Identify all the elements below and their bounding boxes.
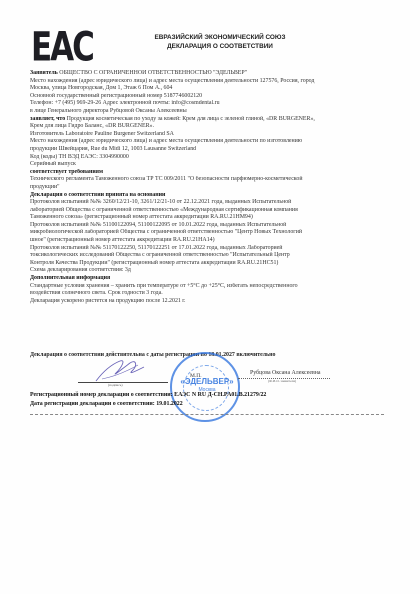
basis-line: шное" (регистрационный номер аттестата а…	[30, 237, 395, 245]
registration-date-label: Дата регистрации декларации о соответств…	[30, 401, 155, 407]
signature-caption: (подпись)	[108, 383, 123, 387]
basis-line: Схема декларирования соответствия: 3д	[30, 267, 395, 275]
additional-label: Дополнительная	[30, 275, 75, 281]
compliance-regulation-2: продукции"	[30, 184, 395, 192]
header-union-title: ЕВРАЗИЙСКИЙ ЭКОНОМИЧЕСКИЙ СОЮЗ	[120, 33, 320, 42]
applicant-address-2: Москва, улица Новгородская, Дом 1, Этаж …	[30, 85, 395, 93]
basis-line: Таможенного союза» (регистрационный номе…	[30, 214, 395, 222]
basis-label: Декларация о соответствии	[30, 192, 104, 198]
stamp-company-name: «ЭДЕЛЬВЕР»	[180, 378, 234, 386]
compliance-regulation-1: Технического регламента Таможенного союз…	[30, 176, 395, 184]
signature-line	[78, 382, 168, 383]
manufacturer-address-1: Место нахождения (адрес юридического лиц…	[30, 138, 395, 146]
applicant-label: Заявитель	[30, 70, 58, 76]
declaration-page: EAC ЕВРАЗИЙСКИЙ ЭКОНОМИЧЕСКИЙ СОЮЗ ДЕКЛА…	[0, 0, 420, 594]
applicant-ogrn: Основной государственный регистрационный…	[30, 93, 395, 101]
seal-stamp: «ЭДЕЛЬВЕР» Москва	[170, 352, 240, 422]
declares-label: заявляет, что	[30, 116, 65, 122]
applicant-line: Заявитель ОБЩЕСТВО С ОГРАНИЧЕННОЙ ОТВЕТС…	[30, 70, 395, 78]
applicant-name: ОБЩЕСТВО С ОГРАНИЧЕННОЙ ОТВЕТСТВЕННОСТЬЮ…	[59, 70, 247, 76]
manufacturer-address-2: продукции Швейцария, Rue du Midi 12, 100…	[30, 146, 395, 154]
product-description-2: Крем для лица Гидро Баланс, «DR BURGENER…	[30, 123, 395, 131]
basis-heading: Декларация о соответствии принята на осн…	[30, 192, 395, 200]
additional-line: Декларация ускорено ристется на продукци…	[30, 298, 395, 306]
registration-date-row: Дата регистрации декларации о соответств…	[30, 401, 183, 407]
tnved-code: Код (коды) ТН ВЭД ЕАЭС: 3304990000	[30, 154, 395, 162]
additional-line: воздействия солнечного света. Срок годно…	[30, 290, 395, 298]
registration-number: ЕАЭС N RU Д-CH.PA01.B.21279/22	[174, 392, 266, 398]
applicant-contacts: Телефон: +7 (495) 969-29-26 Адрес электр…	[30, 100, 395, 108]
header-declaration-title: ДЕКЛАРАЦИЯ О СООТВЕТСТВИИ	[120, 42, 320, 51]
bottom-divider	[30, 414, 384, 415]
basis-line: Протоколов испытаний №№ 3260/12/21-10, 3…	[30, 199, 395, 207]
manufacturer: Изготовитель Laboratoire Pauline Burgene…	[30, 131, 395, 139]
registration-number-label: Регистрационный номер декларации о соотв…	[30, 392, 173, 398]
seal-place-label: М.П.	[190, 373, 202, 379]
applicant-address-1: Место нахождения (адрес юридического лиц…	[30, 78, 395, 86]
declaration-body: Заявитель ОБЩЕСТВО С ОГРАНИЧЕННОЙ ОТВЕТС…	[30, 70, 395, 305]
product-line-1: заявляет, что Продукция косметическая по…	[30, 116, 395, 124]
basis-line: микробиологической лабораторией Общества…	[30, 229, 395, 237]
applicant-representative: в лице Генерального директора Рубцовой О…	[30, 108, 395, 116]
signer-caption: (Ф.И.О. заявителя)	[268, 379, 296, 383]
registration-date: 19.01.2022	[156, 401, 183, 407]
basis-line: лабораторией Общества с ограниченной отв…	[30, 207, 395, 215]
batch-type: Серийный выпуск	[30, 161, 395, 169]
basis-line: Контроля Качества Продукции" (регистраци…	[30, 260, 395, 268]
compliance-label: соответствует требованиям	[30, 169, 395, 177]
basis-label-bold: принята на основании	[106, 192, 166, 198]
signer-name: Рубцова Оксана Алексеевна	[250, 370, 321, 376]
document-header: ЕВРАЗИЙСКИЙ ЭКОНОМИЧЕСКИЙ СОЮЗ ДЕКЛАРАЦИ…	[120, 33, 320, 51]
additional-line: Стандартные условия хранения – хранить п…	[30, 283, 395, 291]
registration-number-row: Регистрационный номер декларации о соотв…	[30, 392, 266, 398]
basis-line: токсикологических исследований Общества …	[30, 252, 395, 260]
eac-logo: EAC	[31, 23, 67, 72]
additional-heading: Дополнительная информация	[30, 275, 395, 283]
basis-line: Протоколов испытаний №№ 51170122250, 511…	[30, 245, 395, 253]
product-description-1: Продукция косметическая по уходу за коже…	[67, 116, 315, 122]
additional-label-bold: информация	[76, 275, 110, 281]
basis-line: Протоколов испытаний №№ 51100122094, 511…	[30, 222, 395, 230]
signature-icon	[92, 355, 152, 385]
